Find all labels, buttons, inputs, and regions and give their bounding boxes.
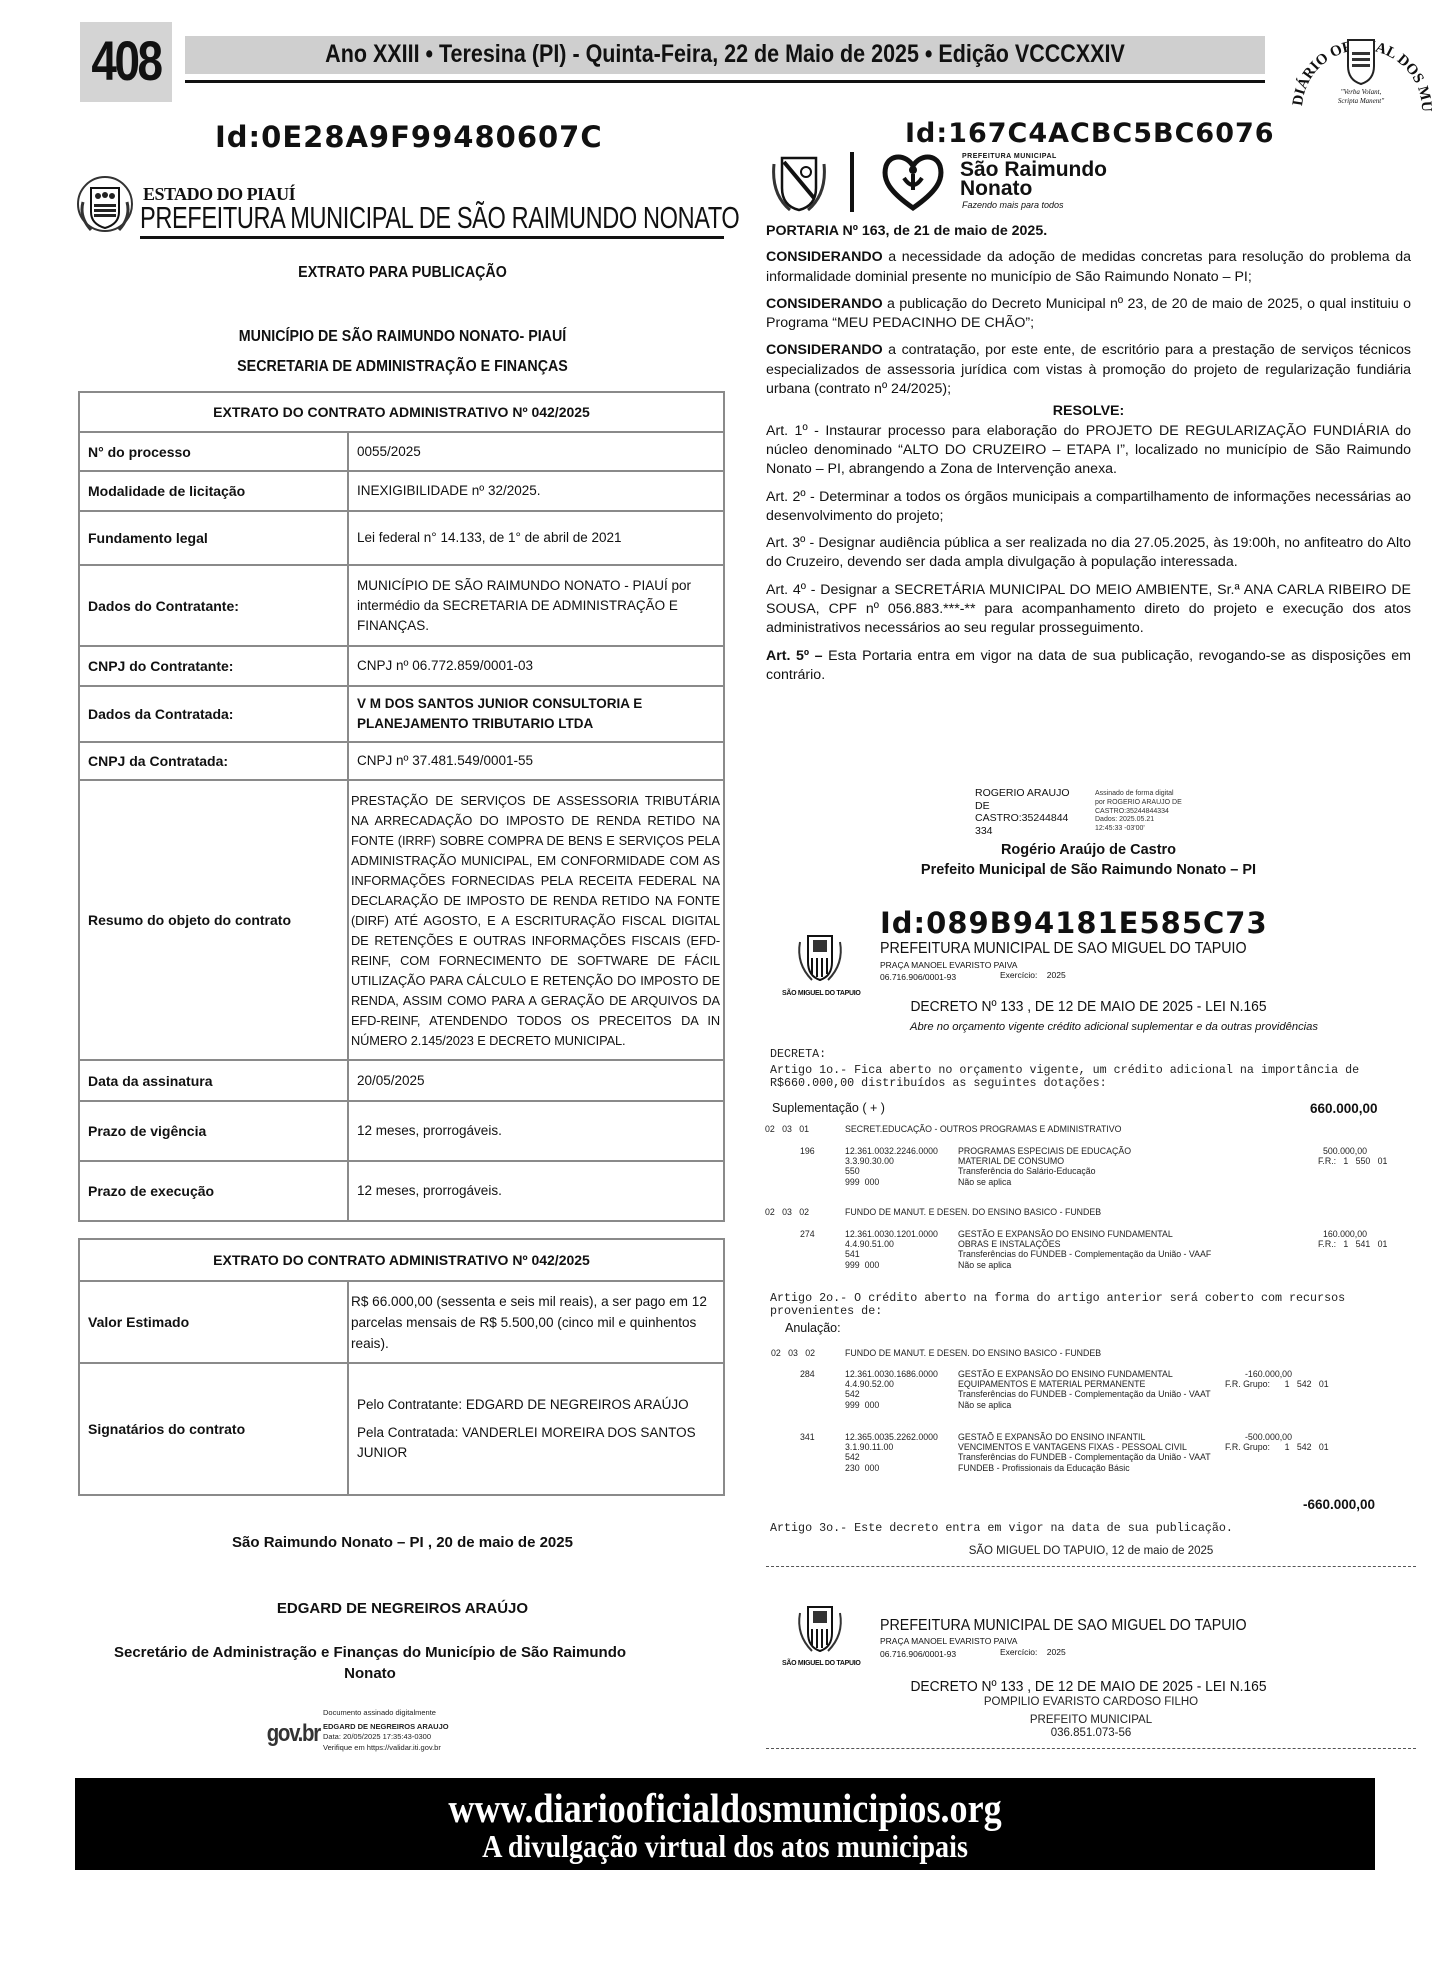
item-fr: F.R. Grupo: 1 542 01 bbox=[1225, 1442, 1329, 1452]
considerando-keyword: CONSIDERANDO bbox=[766, 249, 883, 265]
prefeitura-underline bbox=[140, 236, 724, 239]
row-value: 12 meses, prorrogáveis. bbox=[348, 1101, 724, 1161]
article-4: Art. 4º - Designar a SECRETÁRIA MUNICIPA… bbox=[766, 581, 1411, 639]
row-label: Prazo de vigência bbox=[79, 1101, 348, 1161]
portaria-signer-name: Rogério Araújo de Castro bbox=[766, 842, 1411, 858]
code-line: 4.4.90.52.00 bbox=[845, 1379, 938, 1389]
code-line: 999 000 bbox=[845, 1400, 938, 1410]
desc-line: VENCIMENTOS E VANTAGENS FIXAS - PESSOAL … bbox=[958, 1442, 1211, 1452]
signature-detail: por ROGERIO ARAUJO DE bbox=[1095, 799, 1182, 808]
footer-slogan: A divulgação virtual dos atos municipais bbox=[153, 1828, 1297, 1865]
footer-banner: www.diariooficialdosmunicipios.org A div… bbox=[75, 1778, 1375, 1870]
table-header-row: EXTRATO DO CONTRATO ADMINISTRATIVO Nº 04… bbox=[79, 1239, 724, 1281]
article-5: Art. 5º – Esta Portaria entra em vigor n… bbox=[766, 647, 1411, 686]
footer-address: PRAÇA MANOEL EVARISTO PAIVA bbox=[880, 1636, 1017, 1646]
desc-line: GESTÃO E EXPANSÃO DO ENSINO FUNDAMENTAL bbox=[958, 1229, 1211, 1239]
edition-line: Ano XXIII • Teresina (PI) - Quinta-Feira… bbox=[261, 40, 1190, 69]
row-label: Dados do Contratante: bbox=[79, 565, 348, 646]
logo-city-name: São Raimundo Nonato bbox=[960, 160, 1107, 198]
desc-line: Transferências do FUNDEB - Complementaçã… bbox=[958, 1389, 1211, 1399]
table-row: CNPJ do Contratante: CNPJ nº 06.772.859/… bbox=[79, 646, 724, 686]
row-value: CNPJ nº 06.772.859/0001-03 bbox=[348, 646, 724, 686]
signature-line: DE bbox=[975, 800, 1070, 813]
extrato-heading: EXTRATO PARA PUBLICAÇÃO bbox=[101, 264, 704, 282]
article-5-text: Esta Portaria entra em vigor na data de … bbox=[766, 648, 1411, 683]
decreto-place-date: SÃO MIGUEL DO TAPUIO, 12 de maio de 2025 bbox=[766, 1546, 1416, 1556]
logo-tagline: Fazendo mais para todos bbox=[962, 200, 1064, 210]
footer-exercicio: Exercício: 2025 bbox=[1000, 1647, 1066, 1657]
footer-prefeitura: PREFEITURA MUNICIPAL DE SAO MIGUEL DO TA… bbox=[880, 1617, 1247, 1635]
heart-logo-icon bbox=[880, 150, 946, 212]
desc-line: FUNDEB - Profissionais da Educação Básic bbox=[958, 1463, 1211, 1473]
row-value: PRESTAÇÃO DE SERVIÇOS DE ASSESSORIA TRIB… bbox=[348, 780, 724, 1060]
considerando-1: CONSIDERANDO a necessidade da adoção de … bbox=[766, 248, 1411, 287]
portaria-signer-role: Prefeito Municipal de São Raimundo Nonat… bbox=[766, 862, 1411, 878]
mayor-role: PREFEITO MUNICIPAL bbox=[766, 1715, 1416, 1725]
portaria-body: PORTARIA Nº 163, de 21 de maio de 2025. … bbox=[766, 222, 1411, 693]
stamp-date: Data: 20/05/2025 17:35:43-0300 bbox=[323, 1732, 449, 1743]
desc-line: PROGRAMAS ESPECIAIS DE EDUCAÇÃO bbox=[958, 1146, 1131, 1156]
row-label: CNPJ do Contratante: bbox=[79, 646, 348, 686]
row-label: Modalidade de licitação bbox=[79, 471, 348, 511]
desc-line: GESTAÕ E EXPANSÃO DO ENSINO INFANTIL bbox=[958, 1432, 1211, 1442]
sao-miguel-logo-caption: SÃO MIGUEL DO TAPUIO bbox=[782, 990, 861, 997]
item-number: 274 bbox=[800, 1229, 815, 1239]
sao-raimundo-coat-of-arms-icon bbox=[770, 150, 828, 216]
row-label: Signatários do contrato bbox=[79, 1363, 348, 1495]
secretaria-heading: SECRETARIA DE ADMINISTRAÇÃO E FINANÇAS bbox=[101, 358, 704, 376]
code-line: 999 000 bbox=[845, 1260, 938, 1270]
item-fr: F.R. Grupo: 1 542 01 bbox=[1225, 1379, 1329, 1389]
row-label: N° do processo bbox=[79, 432, 348, 471]
mayor-name: POMPILIO EVARISTO CARDOSO FILHO bbox=[766, 1697, 1416, 1707]
desc-line: Não se aplica bbox=[958, 1260, 1211, 1270]
dashed-divider bbox=[766, 1748, 1416, 1749]
row-value: 12 meses, prorrogáveis. bbox=[348, 1161, 724, 1221]
signatory-contratante: Pelo Contratante: EDGARD DE NEGREIROS AR… bbox=[357, 1395, 715, 1415]
code-line: 4.4.90.51.00 bbox=[845, 1239, 938, 1249]
table-row: Valor Estimado R$ 66.000,00 (sessenta e … bbox=[79, 1281, 724, 1363]
portaria-title: PORTARIA Nº 163, de 21 de maio de 2025. bbox=[766, 222, 1411, 241]
desc-line: Transferência do Salário-Educação bbox=[958, 1166, 1131, 1176]
item-codes: 12.361.0030.1201.0000 4.4.90.51.00 541 9… bbox=[845, 1229, 938, 1270]
desc-line: MATERIAL DE CONSUMO bbox=[958, 1156, 1131, 1166]
contract-table-1: EXTRATO DO CONTRATO ADMINISTRATIVO Nº 04… bbox=[78, 391, 725, 1222]
table-row: Prazo de execução 12 meses, prorrogáveis… bbox=[79, 1161, 724, 1221]
code-line: 12.361.0030.1686.0000 bbox=[845, 1369, 938, 1379]
desc-line: OBRAS E INSTALAÇÕES bbox=[958, 1239, 1211, 1249]
page-number-box: 408 bbox=[80, 22, 172, 102]
table-row: CNPJ da Contratada: CNPJ nº 37.481.549/0… bbox=[79, 742, 724, 780]
suplementacao-label: Suplementação ( + ) bbox=[772, 1101, 885, 1115]
row-value: 20/05/2025 bbox=[348, 1060, 724, 1101]
row-label: Resumo do objeto do contrato bbox=[79, 780, 348, 1060]
diario-oficial-seal-icon: DIÁRIO OFICIAL DOS MUNICÍPIOS "Verba Vol… bbox=[1280, 2, 1440, 122]
table-row: Dados do Contratante: MUNICÍPIO DE SÃO R… bbox=[79, 565, 724, 646]
article-2: Art. 2º - Determinar a todos os órgãos m… bbox=[766, 488, 1411, 527]
item-descriptions: GESTÃO E EXPANSÃO DO ENSINO FUNDAMENTAL … bbox=[958, 1369, 1211, 1410]
row-value: INEXIGIBILIDADE nº 32/2025. bbox=[348, 471, 724, 511]
row-value: MUNICÍPIO DE SÃO RAIMUNDO NONATO - PIAUÍ… bbox=[348, 565, 724, 646]
signatory-contratada: Pela Contratada: VANDERLEI MOREIRA DOS S… bbox=[357, 1423, 715, 1463]
code-line: 541 bbox=[845, 1249, 938, 1259]
item-descriptions: GESTAÕ E EXPANSÃO DO ENSINO INFANTIL VEN… bbox=[958, 1432, 1211, 1473]
decreto-address: PRAÇA MANOEL EVARISTO PAIVA bbox=[880, 960, 1017, 970]
item-amount: -500.000,00 bbox=[1245, 1432, 1292, 1442]
stamp-verify-link[interactable]: Verifique em https://validar.iti.gov.br bbox=[323, 1743, 449, 1754]
item-amount: -160.000,00 bbox=[1245, 1369, 1292, 1379]
article-1: Art. 1º - Instaurar processo para elabor… bbox=[766, 422, 1411, 480]
prefeitura-title: PREFEITURA MUNICIPAL DE SÃO RAIMUNDO NON… bbox=[140, 200, 739, 236]
sao-miguel-coat-of-arms-icon bbox=[790, 926, 850, 988]
document-id-decreto: Id:089B94181E585C73 bbox=[880, 906, 1268, 940]
group-code: 02 03 01 bbox=[765, 1124, 809, 1134]
code-line: 12.361.0030.1201.0000 bbox=[845, 1229, 938, 1239]
item-amount: 160.000,00 bbox=[1323, 1229, 1367, 1239]
mayor-cpf: 036.851.073-56 bbox=[766, 1728, 1416, 1738]
header-divider bbox=[185, 80, 1265, 83]
row-label: Data da assinatura bbox=[79, 1060, 348, 1101]
decreto-title: DECRETO Nº 133 , DE 12 DE MAIO DE 2025 -… bbox=[792, 998, 1385, 1015]
code-line: 12.365.0035.2262.0000 bbox=[845, 1432, 938, 1442]
considerando-keyword: CONSIDERANDO bbox=[766, 342, 883, 358]
decreto-subtitle: Abre no orçamento vigente crédito adicio… bbox=[910, 1021, 1318, 1033]
dashed-divider bbox=[766, 1566, 1416, 1567]
code-line: 3.1.90.11.00 bbox=[845, 1442, 938, 1452]
signatories-cell: Pelo Contratante: EDGARD DE NEGREIROS AR… bbox=[348, 1363, 724, 1495]
table-row: Modalidade de licitação INEXIGIBILIDADE … bbox=[79, 471, 724, 511]
suplementacao-total: 660.000,00 bbox=[1310, 1101, 1378, 1116]
footer-url-link[interactable]: www.diariooficialdosmunicipios.org bbox=[153, 1784, 1297, 1832]
desc-line: GESTÃO E EXPANSÃO DO ENSINO FUNDAMENTAL bbox=[958, 1369, 1211, 1379]
desc-line: Transferências do FUNDEB - Complementaçã… bbox=[958, 1249, 1211, 1259]
group-name: FUNDO DE MANUT. E DESEN. DO ENSINO BASIC… bbox=[845, 1207, 1101, 1217]
digital-signature-stamp: Documento assinado digitalmente EDGARD D… bbox=[323, 1708, 449, 1753]
digital-signature-name: ROGERIO ARAUJO DE CASTRO:35244844 334 bbox=[975, 787, 1070, 837]
table-title: EXTRATO DO CONTRATO ADMINISTRATIVO Nº 04… bbox=[79, 1239, 724, 1281]
code-line: 12.361.0032.2246.0000 bbox=[845, 1146, 938, 1156]
item-fr: F.R.: 1 541 01 bbox=[1318, 1239, 1387, 1249]
desc-line: Não se aplica bbox=[958, 1177, 1131, 1187]
group-code: 02 03 02 bbox=[771, 1348, 815, 1358]
signature-detail: Dados: 2025.05.21 bbox=[1095, 816, 1182, 825]
decreta-label: DECRETA: bbox=[770, 1048, 826, 1061]
svg-text:Scripta Manent": Scripta Manent" bbox=[1338, 97, 1384, 105]
stamp-signer: EDGARD DE NEGREIROS ARAUJO bbox=[323, 1722, 449, 1733]
item-amount: 500.000,00 bbox=[1323, 1146, 1367, 1156]
article-5-label: Art. 5º – bbox=[766, 648, 823, 664]
code-line: 3.3.90.30.00 bbox=[845, 1156, 938, 1166]
logo-city-line-2: Nonato bbox=[960, 179, 1107, 198]
table-row: Prazo de vigência 12 meses, prorrogáveis… bbox=[79, 1101, 724, 1161]
signature-detail: 12:45:33 -03'00' bbox=[1095, 825, 1182, 834]
item-codes: 12.361.0032.2246.0000 3.3.90.30.00 550 9… bbox=[845, 1146, 938, 1187]
item-descriptions: PROGRAMAS ESPECIAIS DE EDUCAÇÃO MATERIAL… bbox=[958, 1146, 1131, 1187]
signer-name: EDGARD DE NEGREIROS ARAÚJO bbox=[75, 1600, 730, 1617]
artigo-1: Artigo 1o.- Fica aberto no orçamento vig… bbox=[770, 1064, 1359, 1090]
row-label: Prazo de execução bbox=[79, 1161, 348, 1221]
document-id-left: Id:0E28A9F99480607C bbox=[215, 120, 603, 154]
decreto-exercicio: Exercício: 2025 bbox=[1000, 970, 1066, 980]
artigo-3: Artigo 3o.- Este decreto entra em vigor … bbox=[770, 1522, 1233, 1535]
document-id-portaria: Id:167C4ACBC5BC6076 bbox=[905, 118, 1275, 149]
table-row: Fundamento legal Lei federal n° 14.133, … bbox=[79, 511, 724, 565]
code-line: 550 bbox=[845, 1166, 938, 1176]
desc-line: Não se aplica bbox=[958, 1400, 1211, 1410]
govbr-logo: gov.br bbox=[267, 1720, 320, 1748]
row-value: R$ 66.000,00 (sessenta e seis mil reais)… bbox=[348, 1281, 724, 1363]
digital-signature-details: Assinado de forma digital por ROGERIO AR… bbox=[1095, 790, 1182, 834]
item-number: 284 bbox=[800, 1369, 815, 1379]
decreto-prefeitura: PREFEITURA MUNICIPAL DE SAO MIGUEL DO TA… bbox=[880, 940, 1247, 958]
sao-miguel-coat-of-arms-icon bbox=[790, 1597, 850, 1659]
considerando-keyword: CONSIDERANDO bbox=[766, 296, 883, 312]
row-value: Lei federal n° 14.133, de 1° de abril de… bbox=[348, 511, 724, 565]
item-number: 341 bbox=[800, 1432, 815, 1442]
piaui-coat-of-arms-icon bbox=[75, 172, 135, 240]
place-date: São Raimundo Nonato – PI , 20 de maio de… bbox=[75, 1534, 730, 1551]
group-code: 02 03 02 bbox=[765, 1207, 809, 1217]
signature-line: 334 bbox=[975, 825, 1070, 838]
table-row: N° do processo 0055/2025 bbox=[79, 432, 724, 471]
anulacao-label: Anulação: bbox=[785, 1321, 841, 1335]
resolve-heading: RESOLVE: bbox=[766, 402, 1411, 421]
municipio-heading: MUNICÍPIO DE SÃO RAIMUNDO NONATO- PIAUÍ bbox=[101, 328, 704, 346]
artigo-2: Artigo 2o.- O crédito aberto na forma do… bbox=[770, 1292, 1345, 1318]
row-value: V M DOS SANTOS JUNIOR CONSULTORIA E PLAN… bbox=[348, 686, 724, 742]
considerando-3: CONSIDERANDO a contratação, por este ent… bbox=[766, 341, 1411, 399]
signature-detail: Assinado de forma digital bbox=[1095, 790, 1182, 799]
code-line: 999 000 bbox=[845, 1177, 938, 1187]
table-row: Signatários do contrato Pelo Contratante… bbox=[79, 1363, 724, 1495]
contract-table-2: EXTRATO DO CONTRATO ADMINISTRATIVO Nº 04… bbox=[78, 1238, 725, 1496]
desc-line: EQUIPAMENTOS E MATERIAL PERMANENTE bbox=[958, 1379, 1211, 1389]
table-row: Dados da Contratada: V M DOS SANTOS JUNI… bbox=[79, 686, 724, 742]
signature-line: ROGERIO ARAUJO bbox=[975, 787, 1070, 800]
group-name: FUNDO DE MANUT. E DESEN. DO ENSINO BASIC… bbox=[845, 1348, 1101, 1358]
code-line: 542 bbox=[845, 1389, 938, 1399]
item-number: 196 bbox=[800, 1146, 815, 1156]
logo-divider bbox=[850, 152, 854, 212]
group-name: SECRET.EDUCAÇÃO - OUTROS PROGRAMAS E ADM… bbox=[845, 1124, 1121, 1134]
footer-decreto-title: DECRETO Nº 133 , DE 12 DE MAIO DE 2025 -… bbox=[792, 1678, 1385, 1695]
row-value: 0055/2025 bbox=[348, 432, 724, 471]
item-fr: F.R.: 1 550 01 bbox=[1318, 1156, 1387, 1166]
code-line: 542 bbox=[845, 1452, 938, 1462]
footer-cnpj: 06.716.906/0001-93 bbox=[880, 1649, 956, 1659]
code-line: 230 000 bbox=[845, 1463, 938, 1473]
table-row: Data da assinatura 20/05/2025 bbox=[79, 1060, 724, 1101]
row-label: Valor Estimado bbox=[79, 1281, 348, 1363]
anulacao-total: -660.000,00 bbox=[1303, 1497, 1375, 1512]
signer-role: Secretário de Administração e Finanças d… bbox=[90, 1642, 650, 1684]
sao-miguel-logo-caption: SÃO MIGUEL DO TAPUIO bbox=[782, 1660, 861, 1667]
considerando-2: CONSIDERANDO a publicação do Decreto Mun… bbox=[766, 295, 1411, 334]
table-row: Resumo do objeto do contrato PRESTAÇÃO D… bbox=[79, 780, 724, 1060]
row-label: Fundamento legal bbox=[79, 511, 348, 565]
signature-line: CASTRO:35244844 bbox=[975, 812, 1070, 825]
row-label: CNPJ da Contratada: bbox=[79, 742, 348, 780]
row-label: Dados da Contratada: bbox=[79, 686, 348, 742]
edition-header: Ano XXIII • Teresina (PI) - Quinta-Feira… bbox=[185, 36, 1265, 74]
page-number: 408 bbox=[88, 28, 163, 93]
article-3: Art. 3º - Designar audiência pública a s… bbox=[766, 534, 1411, 573]
signature-detail: CASTRO:35244844334 bbox=[1095, 808, 1182, 817]
table-title: EXTRATO DO CONTRATO ADMINISTRATIVO Nº 04… bbox=[79, 392, 724, 432]
stamp-line: Documento assinado digitalmente bbox=[323, 1708, 449, 1719]
item-codes: 12.361.0030.1686.0000 4.4.90.52.00 542 9… bbox=[845, 1369, 938, 1410]
item-codes: 12.365.0035.2262.0000 3.1.90.11.00 542 2… bbox=[845, 1432, 938, 1473]
item-descriptions: GESTÃO E EXPANSÃO DO ENSINO FUNDAMENTAL … bbox=[958, 1229, 1211, 1270]
row-value: CNPJ nº 37.481.549/0001-55 bbox=[348, 742, 724, 780]
svg-text:"Verba Volant,: "Verba Volant, bbox=[1341, 88, 1382, 96]
decreto-cnpj: 06.716.906/0001-93 bbox=[880, 972, 956, 982]
table-header-row: EXTRATO DO CONTRATO ADMINISTRATIVO Nº 04… bbox=[79, 392, 724, 432]
desc-line: Transferências do FUNDEB - Complementaçã… bbox=[958, 1452, 1211, 1462]
